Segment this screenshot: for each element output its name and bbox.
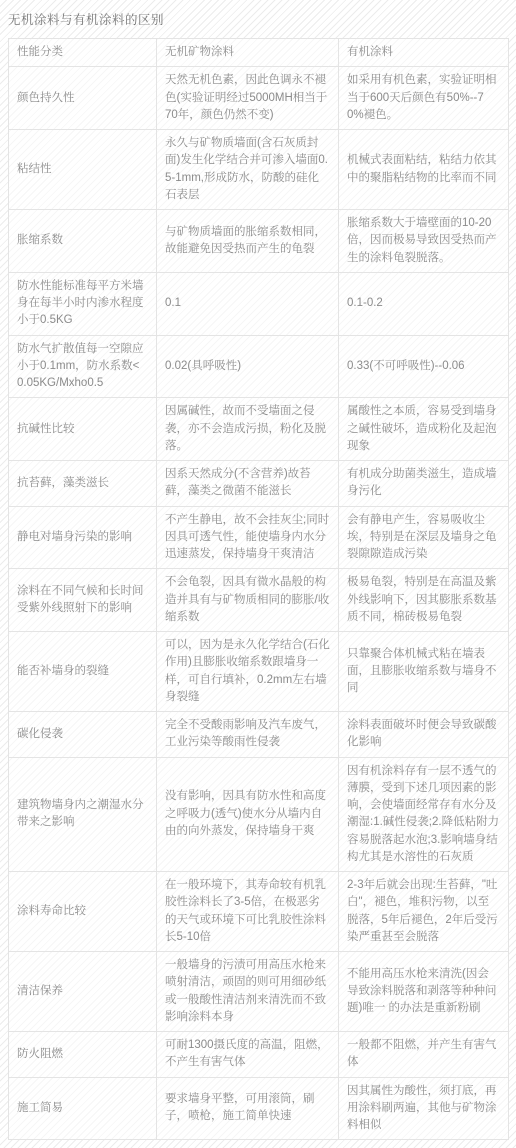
- organic-cell: 极易龟裂，特别是在高温及紫外线影响下，因其膨胀系数基质不同，棉砖极易龟裂: [339, 569, 509, 632]
- organic-cell: 胀缩系数大于墙壁面的10-20倍，因而极易导致因受热而产生的涂料龟裂脱落。: [339, 210, 509, 273]
- organic-cell: 有机成分助菌类滋生，造成墙身污化: [339, 461, 509, 507]
- table-row: 粘结性永久与矿物质墙面(含石灰质封面)发生化学结合并可渗入墙面0.5-1mm,形…: [9, 130, 509, 210]
- property-cell: 施工简易: [9, 1077, 157, 1140]
- property-cell: 静电对墙身污染的影响: [9, 506, 157, 569]
- page: 无机涂料与有机涂料的区别 性能分类 无机矿物涂料 有机涂料 颜色持久性天然无机色…: [0, 0, 516, 1140]
- inorganic-cell: 没有影响，因具有防水性和高度之呼吸力(透气)使水分从墙内自由的向外蒸发，保持墙身…: [157, 757, 339, 872]
- inorganic-cell: 与矿物质墙面的胀缩系数相同，故能避免因受热而产生的龟裂: [157, 210, 339, 273]
- property-cell: 涂料在不同气候和长时间受紫外线照射下的影响: [9, 569, 157, 632]
- table-row: 胀缩系数与矿物质墙面的胀缩系数相同，故能避免因受热而产生的龟裂胀缩系数大于墙壁面…: [9, 210, 509, 273]
- property-cell: 防水气扩散值每一空隙应小于0.1mm，防水系数<0.05KG/Mxho0.5: [9, 335, 157, 398]
- table-row: 防火阻燃可耐1300摄氏度的高温，阻燃，不产生有害气体一般都不阻燃，并产生有害气…: [9, 1032, 509, 1078]
- comparison-table: 性能分类 无机矿物涂料 有机涂料 颜色持久性天然无机色素，因此色调永不褪色(实验…: [8, 38, 509, 1140]
- organic-cell: 0.1-0.2: [339, 272, 509, 335]
- inorganic-cell: 永久与矿物质墙面(含石灰质封面)发生化学结合并可渗入墙面0.5-1mm,形成防水…: [157, 130, 339, 210]
- inorganic-cell: 0.02(具呼吸性): [157, 335, 339, 398]
- table-body: 颜色持久性天然无机色素，因此色调永不褪色(实验证明经过5000MH相当于70年，…: [9, 67, 509, 1140]
- table-row: 能否补墙身的裂缝可以，因为是永久化学结合(石化作用)且膨胀收缩系数跟墙身一样，可…: [9, 632, 509, 712]
- inorganic-cell: 完全不受酸雨影响及汽车废气，工业污染等酸雨性侵袭: [157, 712, 339, 758]
- property-cell: 抗苔藓，藻类滋长: [9, 461, 157, 507]
- property-cell: 粘结性: [9, 130, 157, 210]
- inorganic-cell: 在一般环境下，其寿命较有机乳胶性涂料长了3-5倍，在极恶劣的天气或环境下可比乳胶…: [157, 872, 339, 952]
- property-cell: 能否补墙身的裂缝: [9, 632, 157, 712]
- inorganic-cell: 0.1: [157, 272, 339, 335]
- organic-cell: 0.33(不可呼吸性)--0.06: [339, 335, 509, 398]
- organic-cell: 因其属性为酸性，须打底，再用涂料刷两遍，其他与矿物涂料相似: [339, 1077, 509, 1140]
- page-title: 无机涂料与有机涂料的区别: [0, 0, 516, 38]
- table-row: 抗苔藓，藻类滋长因系天然成分(不含营养)故苔藓，藻类之微菌不能滋长有机成分助菌类…: [9, 461, 509, 507]
- table-row: 建筑物墙身内之潮湿水分带来之影响没有影响，因具有防水性和高度之呼吸力(透气)使水…: [9, 757, 509, 872]
- organic-cell: 如采用有机色素，实验证明相当于600天后颜色有50%--70%褪色。: [339, 67, 509, 130]
- property-cell: 防水性能标准每平方米墙身在每半小时内渗水程度小于0.5KG: [9, 272, 157, 335]
- table-row: 涂料寿命比较在一般环境下，其寿命较有机乳胶性涂料长了3-5倍，在极恶劣的天气或环…: [9, 872, 509, 952]
- inorganic-cell: 不会龟裂，因具有微水晶般的构造并具有与矿物质相同的膨胀/收缩系数: [157, 569, 339, 632]
- organic-cell: 不能用高压水枪来清洗(因会导致涂料脱落和剥落等种种问题)唯一 的办法是重新粉刷: [339, 952, 509, 1032]
- table-row: 涂料在不同气候和长时间受紫外线照射下的影响不会龟裂，因具有微水晶般的构造并具有与…: [9, 569, 509, 632]
- inorganic-cell: 因属碱性，故而不受墙面之侵袭，亦不会造成污损，粉化及脱落。: [157, 398, 339, 461]
- property-cell: 碳化侵袭: [9, 712, 157, 758]
- inorganic-cell: 因系天然成分(不含营养)故苔藓，藻类之微菌不能滋长: [157, 461, 339, 507]
- table-row: 清洁保养一般墙身的污渍可用高压水枪来喷射清洁，顽固的则可用细砂纸或一般酸性清洁剂…: [9, 952, 509, 1032]
- property-cell: 建筑物墙身内之潮湿水分带来之影响: [9, 757, 157, 872]
- property-cell: 防火阻燃: [9, 1032, 157, 1078]
- organic-cell: 属酸性之本质，容易受到墙身之碱性破坏，造成粉化及起泡现象: [339, 398, 509, 461]
- organic-cell: 2-3年后就会出现:生苔藓，"吐白"，褪色，堆积污物，以至脱落，5年后褪色，2年…: [339, 872, 509, 952]
- organic-cell: 一般都不阻燃，并产生有害气体: [339, 1032, 509, 1078]
- organic-cell: 机械式表面粘结，粘结力依其中的聚脂粘结物的比率而不同: [339, 130, 509, 210]
- inorganic-cell: 不产生静电，故不会挂灰尘;同时因具可透气性，能使墙身内水分迅速蒸发，保持墙身干爽…: [157, 506, 339, 569]
- table-row: 颜色持久性天然无机色素，因此色调永不褪色(实验证明经过5000MH相当于70年，…: [9, 67, 509, 130]
- table-row: 防水性能标准每平方米墙身在每半小时内渗水程度小于0.5KG0.10.1-0.2: [9, 272, 509, 335]
- property-cell: 胀缩系数: [9, 210, 157, 273]
- inorganic-cell: 天然无机色素，因此色调永不褪色(实验证明经过5000MH相当于70年，颜色仍然不…: [157, 67, 339, 130]
- inorganic-cell: 一般墙身的污渍可用高压水枪来喷射清洁，顽固的则可用细砂纸或一般酸性清洁剂来清洗而…: [157, 952, 339, 1032]
- column-header-property: 性能分类: [9, 39, 157, 67]
- table-row: 静电对墙身污染的影响不产生静电，故不会挂灰尘;同时因具可透气性，能使墙身内水分迅…: [9, 506, 509, 569]
- organic-cell: 因有机涂料存有一层不透气的薄膜，受到下述几项因素的影响，会使墙面经常存有水分及潮…: [339, 757, 509, 872]
- organic-cell: 只靠聚合体机械式粘在墙表面，且膨胀收缩系数与墙身不同: [339, 632, 509, 712]
- property-cell: 涂料寿命比较: [9, 872, 157, 952]
- table-header-row: 性能分类 无机矿物涂料 有机涂料: [9, 39, 509, 67]
- organic-cell: 涂料表面破坏时便会导致碳酸化影响: [339, 712, 509, 758]
- inorganic-cell: 要求墙身平整，可用滚筒，刷子，喷枪，施工简单快速: [157, 1077, 339, 1140]
- property-cell: 颜色持久性: [9, 67, 157, 130]
- table-row: 碳化侵袭完全不受酸雨影响及汽车废气，工业污染等酸雨性侵袭涂料表面破坏时便会导致碳…: [9, 712, 509, 758]
- inorganic-cell: 可以，因为是永久化学结合(石化作用)且膨胀收缩系数跟墙身一样，可自行填补，0.2…: [157, 632, 339, 712]
- property-cell: 抗碱性比较: [9, 398, 157, 461]
- property-cell: 清洁保养: [9, 952, 157, 1032]
- table-row: 施工简易要求墙身平整，可用滚筒，刷子，喷枪，施工简单快速因其属性为酸性，须打底，…: [9, 1077, 509, 1140]
- table-row: 防水气扩散值每一空隙应小于0.1mm，防水系数<0.05KG/Mxho0.50.…: [9, 335, 509, 398]
- column-header-inorganic: 无机矿物涂料: [157, 39, 339, 67]
- column-header-organic: 有机涂料: [339, 39, 509, 67]
- inorganic-cell: 可耐1300摄氏度的高温，阻燃，不产生有害气体: [157, 1032, 339, 1078]
- organic-cell: 会有静电产生，容易吸收尘埃，特别是在深层及墙身之龟裂隙隙造成污染: [339, 506, 509, 569]
- table-row: 抗碱性比较因属碱性，故而不受墙面之侵袭，亦不会造成污损，粉化及脱落。属酸性之本质…: [9, 398, 509, 461]
